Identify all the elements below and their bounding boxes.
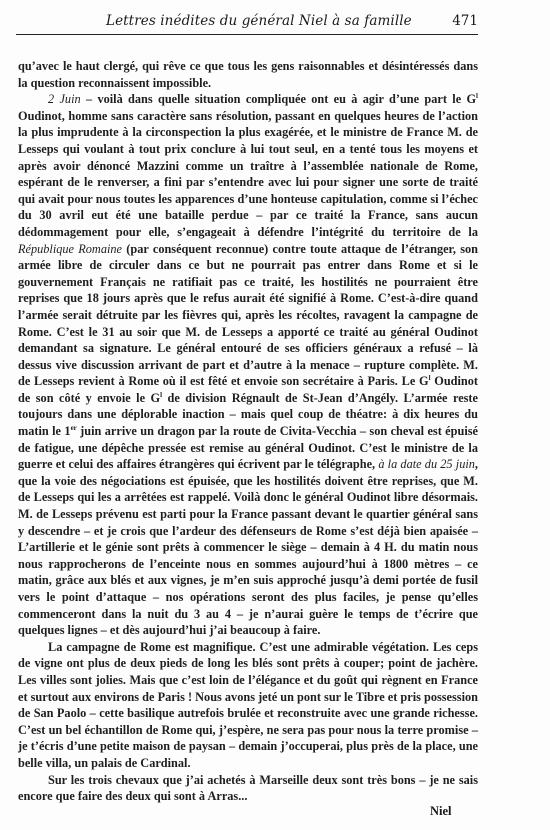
text-run: , que la voie des négociations est épuis… bbox=[18, 457, 478, 637]
running-header: Lettres inédites du général Niel à sa fa… bbox=[16, 10, 478, 35]
document-page: Lettres inédites du général Niel à sa fa… bbox=[0, 0, 550, 830]
superscript: l bbox=[476, 92, 478, 100]
italic-run: à la date du 25 juin bbox=[378, 457, 475, 471]
paragraph-continuation: qu’avec le haut clergé, qui rêve ce que … bbox=[18, 58, 478, 91]
text-run: – voilà dans quelle situation compliquée… bbox=[81, 92, 476, 106]
paragraph-campagne: La campagne de Rome est magnifique. C’es… bbox=[18, 639, 478, 772]
paragraph-2-juin: 2 Juin – voilà dans quelle situation com… bbox=[18, 91, 478, 639]
running-header-title: Lettres inédites du général Niel à sa fa… bbox=[106, 13, 412, 29]
italic-run: République Romaine bbox=[18, 242, 122, 256]
page-number: 471 bbox=[452, 13, 478, 29]
date-heading: 2 Juin bbox=[48, 92, 81, 106]
signature: Niel bbox=[430, 804, 452, 819]
text-run: (par conséquent reconnue) contre toute a… bbox=[18, 242, 478, 389]
letter-body: qu’avec le haut clergé, qui rêve ce que … bbox=[18, 58, 478, 805]
text-run: Oudinot, homme sans caractère sans résol… bbox=[18, 109, 478, 239]
paragraph-chevaux: Sur les trois chevaux que j’ai achetés à… bbox=[18, 772, 478, 805]
